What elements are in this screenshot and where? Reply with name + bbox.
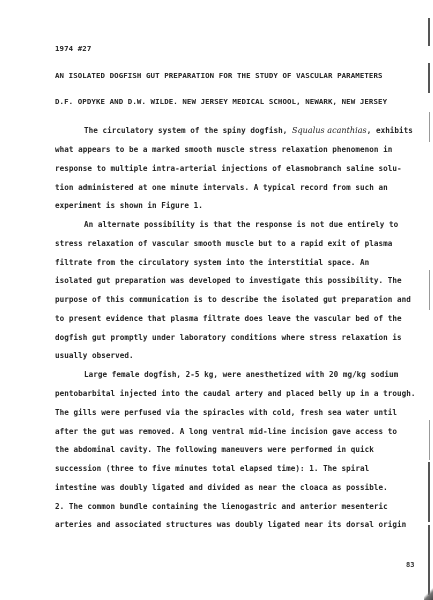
authors-affiliation: D.F. OPDYKE AND D.W. WILDE. NEW JERSEY M… bbox=[55, 97, 387, 107]
paragraph-2-line-1: An alternate possibility is that the res… bbox=[84, 220, 398, 230]
scan-edge-mark bbox=[429, 420, 430, 460]
scan-edge-mark bbox=[428, 18, 430, 46]
text-segment: The circulatory system of the spiny dogf… bbox=[84, 126, 292, 135]
paragraph-3-line-3: The gills were perfused via the spiracle… bbox=[55, 408, 397, 418]
reference-number: 1974 #27 bbox=[55, 44, 91, 54]
species-name: Squalus acanthias bbox=[292, 126, 367, 135]
paragraph-2-line-5: purpose of this communication is to desc… bbox=[55, 295, 411, 305]
text-segment: , exhibits bbox=[367, 126, 413, 135]
paragraph-3-line-2: pentobarbital injected into the caudal a… bbox=[55, 389, 416, 399]
scan-edge-mark bbox=[428, 525, 430, 595]
paragraph-3-line-8: 2. The common bundle containing the lien… bbox=[55, 502, 388, 512]
paragraph-1-line-2: what appears to be a marked smooth muscl… bbox=[55, 145, 392, 155]
paragraph-3-line-5: the abdominal cavity. The following mane… bbox=[55, 445, 374, 455]
paragraph-3-line-7: intestine was doubly ligated and divided… bbox=[55, 483, 388, 493]
paragraph-1-line-3: response to multiple intra-arterial inje… bbox=[55, 164, 402, 174]
page-number: 83 bbox=[406, 561, 414, 569]
paragraph-3-line-1: Large female dogfish, 2-5 kg, were anest… bbox=[84, 370, 398, 380]
paragraph-2-line-8: usually observed. bbox=[55, 351, 134, 361]
scan-edge-mark bbox=[429, 270, 430, 310]
paragraph-3-line-6: succession (three to five minutes total … bbox=[55, 464, 369, 474]
scan-corner-artifact bbox=[424, 588, 433, 600]
paragraph-1-line-1: The circulatory system of the spiny dogf… bbox=[84, 126, 413, 136]
paragraph-1-line-4: tion administered at one minute interval… bbox=[55, 183, 388, 193]
paragraph-2-line-3: filtrate from the circulatory system int… bbox=[55, 258, 369, 268]
paragraph-2-line-6: to present evidence that plasma filtrate… bbox=[55, 314, 402, 324]
paragraph-3-line-9: arteries and associated structures was d… bbox=[55, 520, 406, 530]
paragraph-3-line-4: after the gut was removed. A long ventra… bbox=[55, 427, 397, 437]
paragraph-2-line-2: stress relaxation of vascular smooth mus… bbox=[55, 239, 392, 249]
paragraph-2-line-4: isolated gut preparation was developed t… bbox=[55, 276, 402, 286]
paragraph-2-line-7: dogfish gut promptly under laboratory co… bbox=[55, 333, 402, 343]
scan-edge-mark bbox=[429, 112, 430, 142]
scan-edge-mark bbox=[428, 63, 430, 93]
document-page: 1974 #27 AN ISOLATED DOGFISH GUT PREPARA… bbox=[0, 0, 433, 600]
scan-edge-mark bbox=[428, 462, 430, 522]
paragraph-1-line-5: experiment is shown in Figure 1. bbox=[55, 201, 203, 211]
document-title: AN ISOLATED DOGFISH GUT PREPARATION FOR … bbox=[55, 71, 383, 81]
